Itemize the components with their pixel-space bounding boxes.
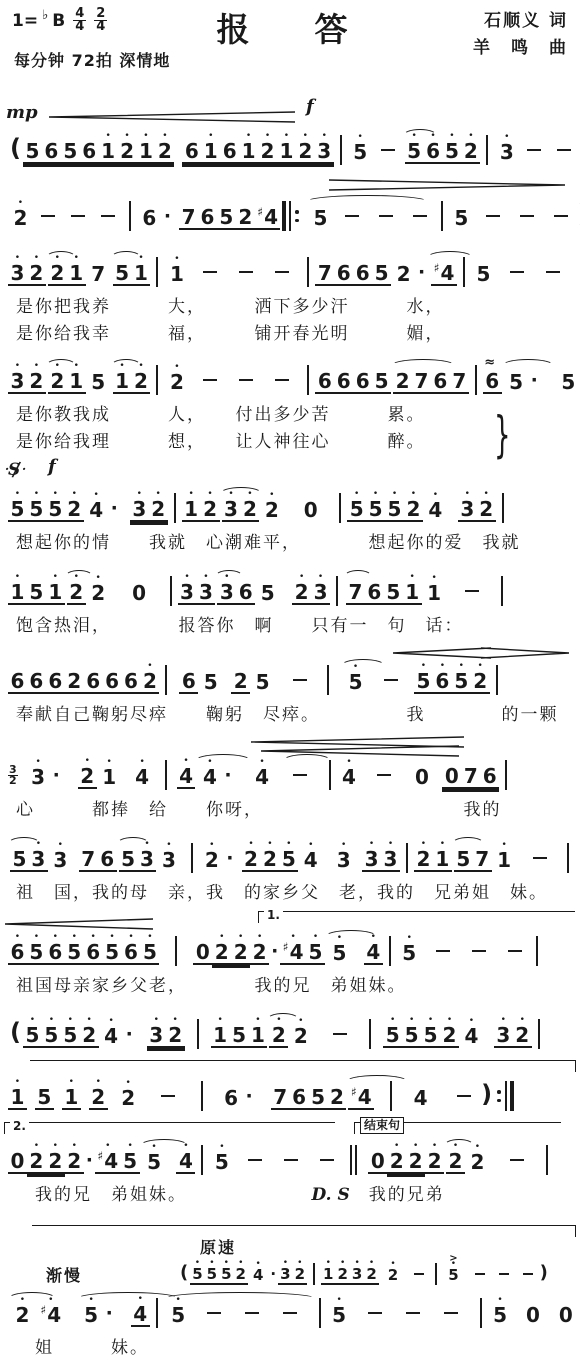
note-digit: 6: [353, 261, 372, 286]
score-header: 1=♭B 44 24 报 答 石顺义 词 羊 鸣 曲 每分钟 72拍 深情地: [0, 0, 580, 102]
note-digit: 4: [251, 1267, 265, 1284]
note-digit: 5: [405, 139, 424, 164]
note: •5: [23, 1013, 42, 1055]
volta-label: 2.: [10, 1119, 29, 1134]
octave-dots-above: •: [308, 838, 313, 848]
note: 6: [179, 659, 198, 701]
note-digit: 4: [253, 765, 272, 788]
note: •5: [491, 1293, 510, 1333]
system: 2.结束句0•2•2•2·•♯4•5•5•4•50•2•2•2•2•2 我的兄 …: [2, 1122, 578, 1209]
note-digit: 2: [149, 497, 168, 522]
note: 7: [271, 1075, 290, 1117]
note: •2: [202, 838, 221, 878]
note: •2: [262, 488, 281, 528]
note-digit: 2: [425, 1149, 444, 1174]
barline: [406, 843, 408, 873]
notation-line: (5656•1•2•1•26•16•1•2•1•2•3•5•5•6•5•2•3•…: [2, 128, 578, 172]
barline: [129, 201, 131, 231]
note: •2: [231, 930, 250, 972]
octave-dots-above: •: [269, 488, 274, 498]
volta-bracket: 1.: [258, 911, 575, 923]
note-digit: 5: [372, 369, 391, 394]
note-digit: 3: [159, 848, 178, 871]
key-letter: B: [52, 11, 65, 31]
note-digit: 5: [385, 497, 404, 522]
octave-dots-above: •: [390, 1013, 395, 1023]
note-digit: 5: [10, 847, 29, 872]
note-digit: 4: [102, 1024, 121, 1047]
octave-dots-above: •: [409, 1013, 414, 1023]
note: 6: [480, 754, 499, 796]
note: 2: [328, 1075, 347, 1117]
repeat-dots: [497, 1090, 501, 1102]
note-digit: 7: [473, 847, 492, 872]
slur-arc: [8, 837, 40, 850]
note-digit: 6: [42, 139, 61, 164]
octave-dots-above: •: [96, 1075, 101, 1085]
note: •1: [248, 1013, 267, 1055]
duration-dash: [436, 950, 450, 952]
octave-dots-above: •: [183, 754, 188, 764]
note-digit: 6: [334, 261, 353, 286]
octave-dots-above: •: [431, 571, 436, 581]
note-digit: 2: [335, 1266, 349, 1285]
octave-dots-above: •: [501, 838, 506, 848]
note: •3: [315, 129, 334, 171]
note-digit: 2: [89, 1085, 108, 1110]
lyric-line: 是你给我理 想， 让人神往心 醉。: [2, 429, 578, 456]
octave-dots-above: •: [15, 251, 20, 261]
sharp-icon: ♯: [97, 1149, 103, 1163]
ts1-denominator: 4: [75, 21, 84, 33]
note: •♯4: [95, 1139, 121, 1181]
note: •3: [130, 487, 149, 529]
lyricist: 石顺义 词: [473, 8, 568, 35]
note-digit: 7: [179, 205, 198, 230]
note: •4: [87, 488, 106, 528]
note: 5: [372, 251, 391, 293]
note: •6: [433, 659, 452, 701]
note: •1: [403, 570, 422, 612]
note-digit: 2: [132, 369, 151, 394]
system: S∕··f•5•5•5•2•4·•3•2•1•2•3•2•20•5•5•5•2•…: [2, 460, 578, 557]
note-digit: 2: [240, 497, 259, 522]
lyric-text: 是你给我理 想， 让人神往心 醉。: [16, 432, 426, 452]
note-digit: 2: [234, 1266, 248, 1285]
barline: [307, 257, 309, 287]
duration-dash: [444, 1312, 458, 1314]
note: 6: [334, 251, 353, 293]
octave-dots-above: •: [49, 1013, 54, 1023]
duration-dash: [413, 215, 427, 217]
note: 5: [230, 1013, 249, 1055]
note: 0: [556, 1293, 575, 1333]
augmentation-dot: ·: [531, 369, 538, 391]
duration-dash: [546, 271, 560, 273]
note: •2: [440, 1013, 459, 1055]
note: •♯4: [280, 930, 306, 972]
credits: 石顺义 词 羊 鸣 曲: [473, 8, 568, 62]
octave-dots-above: •: [520, 1013, 525, 1023]
note-digit: 5: [351, 140, 370, 163]
duration-dash: [457, 1095, 471, 1097]
octave-dots-above: •: [139, 755, 144, 765]
duration-dash: [239, 379, 253, 381]
note: •3: [8, 251, 27, 293]
octave-dots-above: •: [53, 487, 58, 497]
note: 6: [8, 659, 27, 701]
note: •1: [99, 129, 118, 171]
lyric-text: 奉献自己鞠躬尽瘁 鞠躬 尽瘁。 我 的一颗: [16, 705, 559, 725]
note-digit: 2: [293, 1266, 307, 1285]
notation-line: •15•1•2•26·7652♯44): [2, 1074, 578, 1118]
barline: [165, 760, 167, 790]
note: •1: [495, 838, 514, 878]
duration-dash: [406, 1312, 420, 1314]
notation-line: •6•5•6•5•6•5•6•50•2•2•2·•♯4•5•5•4•5: [2, 929, 578, 973]
note: 6: [334, 359, 353, 401]
note-digit: 6: [122, 669, 141, 694]
note: •5: [27, 487, 46, 529]
note-digit: 2: [328, 1085, 347, 1110]
octave-dots-above: •: [72, 1139, 77, 1149]
note: •2: [364, 1258, 378, 1291]
octave-dots-above: •: [217, 1013, 222, 1023]
note: •2: [78, 754, 97, 796]
note: •3: [51, 838, 70, 878]
note: 6: [27, 659, 46, 701]
note-digit: 5: [217, 205, 236, 230]
note: •2: [212, 930, 231, 972]
sharp-icon: ♯: [434, 261, 440, 275]
note: •3: [494, 1013, 513, 1055]
note-digit: 2: [406, 1149, 425, 1174]
note-digit: 3: [315, 139, 334, 164]
note-digit: 1: [67, 261, 86, 286]
note: 6: [222, 1076, 241, 1116]
note: 5: [23, 129, 42, 171]
hairpin-crescendo: [4, 915, 154, 934]
note: •1: [211, 1013, 230, 1055]
system: 6662666•26525•5•5•6•5•2奉献自己鞠躬尽瘁 鞠躬 尽瘁。 我…: [2, 644, 578, 729]
note: •3: [147, 1013, 166, 1055]
octave-dots-above: •: [34, 1139, 39, 1149]
slur-arc: [344, 570, 372, 583]
octave-dots-above: •: [354, 487, 359, 497]
octave-dots-above: •: [469, 1014, 474, 1024]
duration-dash: [71, 215, 85, 217]
octave-dots-above: •: [299, 570, 304, 580]
note-digit: 1: [182, 497, 201, 522]
note-digit: 5: [442, 139, 461, 164]
note: •2: [166, 1013, 185, 1055]
note-digit: 2: [468, 1150, 487, 1173]
octave-dots-above: •: [432, 1139, 437, 1149]
lyric-line: 祖 国，我的母 亲，我 的家乡父 老，我的 兄弟姐 妹。: [2, 880, 578, 907]
octave-dots-above: •: [358, 130, 363, 140]
note-digit: 0: [523, 1303, 542, 1326]
note-digit: 3: [362, 847, 381, 872]
lyric-text: 祖 国，我的母 亲，我 的家乡父 老，我的 兄弟姐 妹。: [16, 883, 548, 903]
lyric-text: 是你给我幸 福， 铺开春光明 媚，: [16, 324, 445, 344]
duration-dash: [207, 1312, 221, 1314]
note: •3: [334, 838, 353, 878]
note-digit: 6: [182, 139, 201, 164]
duration-dash: [203, 379, 217, 381]
note-digit: 4: [176, 1149, 195, 1174]
note: 6: [103, 659, 122, 701]
system: 32•3·•2•1•4•4•4·•4•40076心 都捧 给 你呀， 我的: [2, 733, 578, 824]
note: •5: [42, 1013, 61, 1055]
octave-dots-above: •: [428, 1013, 433, 1023]
note: •2: [201, 487, 220, 529]
note-digit: 2: [296, 139, 315, 164]
barline: [501, 576, 503, 606]
slur-arc: [391, 359, 455, 372]
octave-dots-above: •: [127, 1139, 132, 1149]
barline: [201, 1145, 203, 1175]
note: •1: [46, 570, 65, 612]
note-digit: 5: [402, 1023, 421, 1048]
note-digit: 2: [46, 1149, 65, 1174]
octave-dots-above: •: [72, 487, 77, 497]
paren: ): [540, 1262, 548, 1283]
note-digit: 5: [452, 669, 471, 694]
note: •5: [65, 930, 84, 972]
note-digit: 5: [474, 262, 493, 285]
lyric-text: 是你把我养 大， 洒下多少汗 水，: [16, 297, 445, 317]
note: •1: [321, 1258, 335, 1291]
octave-dots-above: •: [68, 1013, 73, 1023]
note: •2: [89, 1075, 108, 1117]
note-digit: 1: [113, 369, 132, 394]
note: •3: [381, 837, 400, 879]
note-digit: 5: [507, 370, 526, 393]
note-digit: 0: [193, 940, 212, 965]
barline: [441, 201, 443, 231]
note-digit: 2: [89, 581, 108, 604]
note-digit: 2: [212, 940, 231, 965]
note-digit: 4: [200, 765, 219, 788]
note: •4: [340, 755, 359, 795]
note: •4: [133, 755, 152, 795]
note-digit: 2: [250, 940, 269, 965]
slur-arc: [403, 129, 437, 142]
octave-dots-above: •: [504, 130, 509, 140]
augmentation-dot: ·: [164, 205, 171, 227]
note: 5: [384, 570, 403, 612]
duration-dash: [508, 950, 522, 952]
note: •5: [279, 837, 298, 879]
slur-arc: [8, 1292, 56, 1305]
note: •1: [167, 252, 186, 292]
note: •2: [167, 360, 186, 400]
duration-dash: [486, 215, 500, 217]
barline: [480, 1298, 482, 1328]
lyric-text: 是你教我成 人， 付出多少苦 累。: [16, 405, 426, 425]
note: •2: [65, 487, 84, 529]
note: 6: [140, 196, 159, 236]
note: •1: [239, 129, 258, 171]
hairpin-crescendo: [392, 644, 492, 663]
note-digit: 0: [130, 581, 149, 604]
note-digit: 2: [440, 1023, 459, 1048]
octave-dots-above: •: [184, 570, 189, 580]
note: •2: [425, 1139, 444, 1181]
note-digit: 2: [292, 580, 311, 605]
note: •1: [100, 755, 119, 795]
lyric-line: 姐 妹。: [2, 1335, 578, 1362]
note: 5: [89, 360, 108, 400]
note: •1: [8, 570, 27, 612]
augmentation-dot: ·: [418, 261, 425, 283]
slur-arc: [46, 359, 76, 372]
ds-marking: D. S: [312, 1185, 350, 1205]
duration-dash: [384, 679, 398, 681]
note-digit: 5: [121, 1149, 140, 1174]
octave-dots-above: •: [174, 252, 179, 262]
barline: [369, 1019, 371, 1049]
octave-dots-above: •: [137, 487, 142, 497]
note-digit: 2: [155, 139, 174, 164]
note: •2: [471, 659, 490, 701]
duration-dash: [465, 590, 479, 592]
note: 6: [315, 359, 334, 401]
slur-arc: [220, 487, 262, 500]
octave-dots-above: •: [188, 487, 193, 497]
duration-dash: [510, 1159, 524, 1161]
note-digit: 5: [113, 261, 132, 286]
barline: [175, 936, 177, 966]
note: •4: [251, 1259, 265, 1290]
octave-dots-above: •: [447, 1013, 452, 1023]
note-digit: 6: [431, 369, 450, 394]
note-digit: 5: [61, 1023, 80, 1048]
note-digit: 1: [321, 1266, 335, 1285]
octave-dots-above: •: [303, 129, 308, 139]
note-digit: 2: [258, 139, 277, 164]
note-digit: 5: [372, 261, 391, 286]
slur-arc: [325, 930, 377, 943]
octave-dots-above: •: [336, 1293, 341, 1303]
barline: [197, 1019, 199, 1049]
barline: [435, 1263, 437, 1285]
note: 6: [353, 359, 372, 401]
note-digit: ♯4: [280, 940, 306, 965]
note: •2: [155, 129, 174, 171]
note: •4: [177, 754, 196, 796]
octave-dots-above: •: [313, 930, 318, 940]
note-digit: 2: [67, 580, 86, 605]
note: •3: [8, 359, 27, 401]
barline: [350, 1145, 352, 1175]
note-digit: 5: [35, 1085, 54, 1110]
hairpin-decrescendo: [480, 644, 570, 663]
note-digit: 5: [61, 139, 80, 164]
note: •1: [201, 129, 220, 171]
note-digit: 6: [8, 940, 27, 965]
note: •5: [442, 129, 461, 171]
octave-dots-above: •: [35, 755, 40, 765]
duration-dash: [377, 774, 391, 776]
note: •2: [80, 1013, 99, 1055]
dynamic-marking: f: [48, 456, 56, 477]
note-digit: 5: [8, 497, 27, 522]
note-digit: 5: [383, 1023, 402, 1048]
note: 4: [411, 1076, 430, 1116]
note-digit: 5: [140, 940, 159, 965]
note: 6: [84, 659, 103, 701]
note-digit: 1: [100, 765, 119, 788]
note-digit: 3: [8, 369, 27, 394]
octave-dots-above: •: [156, 487, 161, 497]
overlay-text: }: [494, 408, 511, 465]
note-digit: 5: [89, 370, 108, 393]
lyric-line: 饱含热泪， 报答你 啊 只有一 句 话：: [2, 613, 578, 640]
note: •5: [383, 1013, 402, 1055]
note-digit: 2: [364, 1266, 378, 1285]
note-digit: 2: [119, 1086, 138, 1109]
octave-dots-above: •: [58, 838, 63, 848]
augmentation-dot: ·: [226, 847, 233, 869]
note-digit: 5: [27, 580, 46, 605]
note-digit: 7: [79, 847, 98, 872]
octave-dots-above: •: [124, 129, 129, 139]
note-digit: 5: [491, 1303, 510, 1326]
note: 7: [79, 837, 98, 879]
barline: [313, 1263, 315, 1285]
notation-line: (•5•5•5•2•4·•3•2•1•2•3•2•2>•5): [2, 1257, 578, 1291]
augmentation-dot: ·: [271, 940, 278, 962]
note-digit: 7: [315, 261, 334, 286]
note: •2: [293, 1258, 307, 1291]
note: •5: [140, 930, 159, 972]
note: •1: [277, 129, 296, 171]
note: •3: [159, 838, 178, 878]
octave-dots-above: •: [15, 1075, 20, 1085]
octave-dots-above: •: [440, 837, 445, 847]
note-digit: 2: [260, 847, 279, 872]
note: •5: [46, 487, 65, 529]
time-signature-1: 44: [73, 8, 86, 33]
notation-line: (•5•5•5•2•4·•3•2•15•1•2•2•5•5•5•2•4•3•2: [2, 1012, 578, 1056]
note-digit: 0: [442, 764, 461, 789]
note-digit: 5: [346, 670, 365, 693]
note: 6: [46, 659, 65, 701]
notation-line: 32•3·•2•1•4•4•4·•4•40076: [2, 753, 578, 797]
note: •4: [102, 1014, 121, 1054]
system: 原速渐慢(•5•5•5•2•4·•3•2•1•2•3•2•2>•5)•2•♯4•…: [2, 1213, 578, 1362]
octave-dots-above: •: [219, 930, 224, 940]
note-digit: 6: [424, 139, 443, 164]
lyric-line: 祖国母亲家乡父老， 我的兄 弟姐妹。: [2, 973, 578, 1000]
octave-dots-above: •: [267, 837, 272, 847]
notation-line: 0•2•2•2·•♯4•5•5•4•50•2•2•2•2•2: [2, 1138, 578, 1182]
note-digit: 5: [169, 1303, 188, 1326]
note: •2: [296, 129, 315, 171]
note-digit: 6: [236, 580, 255, 605]
note-digit: 2: [13, 1303, 32, 1326]
lyric-line: 是你把我养 大， 洒下多少汗 水，: [2, 294, 578, 321]
octave-dots-above: •: [449, 129, 454, 139]
octave-dots-above: •: [255, 1013, 260, 1023]
note-digit: ♯4: [431, 261, 457, 286]
sharp-icon: ♯: [40, 1303, 46, 1317]
octave-dots-above: •: [238, 930, 243, 940]
octave-dots-above: •: [265, 129, 270, 139]
lyric-line: 我的兄 弟姐妹。 D. S 我的兄弟: [2, 1182, 578, 1209]
repeat-dot: [295, 210, 299, 214]
